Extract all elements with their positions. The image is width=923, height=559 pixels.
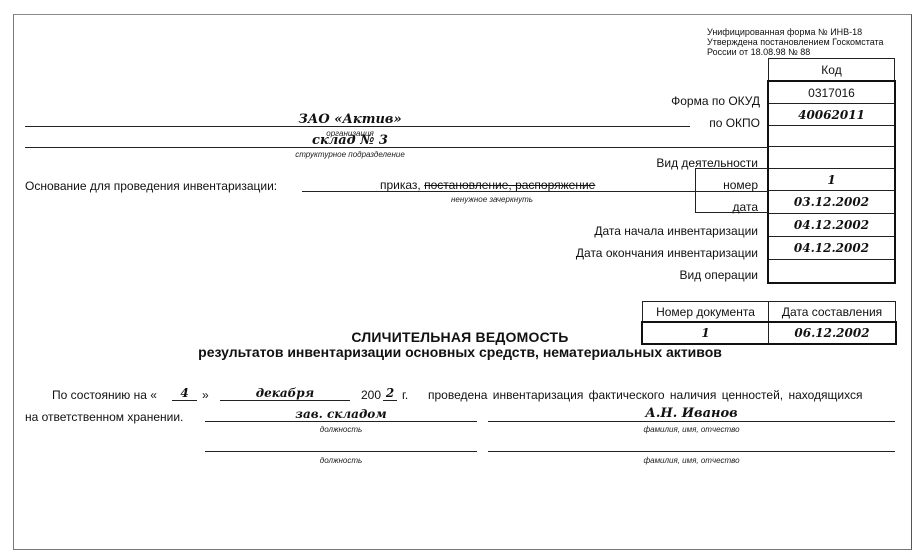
responsible-1-name-caption: фамилия, имя, отчество xyxy=(488,423,895,437)
operation-label: Вид операции xyxy=(679,268,758,282)
document-header-row: Номер документа Дата составления xyxy=(642,301,896,322)
approval-text: Утверждена постановлением Госкомстата xyxy=(707,37,884,47)
basis-value[interactable]: приказ, постановление, распоряжение xyxy=(380,178,595,192)
responsible-2-position-caption: должность xyxy=(205,454,477,468)
responsible-1-position[interactable]: зав. складом xyxy=(205,407,477,421)
year-suffix: г. xyxy=(402,388,408,402)
okud-code-value: 0317016 xyxy=(808,86,855,100)
order-date-label: дата xyxy=(733,200,758,214)
code-header-label: Код xyxy=(769,59,894,81)
statement-prefix: По состоянию на « xyxy=(52,388,157,402)
approval-date-text: России от 18.08.98 № 88 xyxy=(707,47,810,57)
end-date-cell[interactable]: 04.12.2002 xyxy=(769,237,894,260)
responsible-2-name-caption: фамилия, имя, отчество xyxy=(488,454,895,468)
end-date-value: 04.12.2002 xyxy=(794,241,869,255)
document-title: СЛИЧИТЕЛЬНАЯ ВЕДОМОСТЬ xyxy=(250,330,670,344)
statement-day[interactable]: 4 xyxy=(172,386,197,400)
organization-value[interactable]: ЗАО «Актив» xyxy=(250,113,450,127)
document-date-value[interactable]: 06.12.2002 xyxy=(769,323,895,343)
okud-code-cell[interactable]: 0317016 xyxy=(769,82,894,104)
start-date-label: Дата начала инвентаризации xyxy=(594,224,758,238)
document-number-header: Номер документа xyxy=(643,302,769,322)
month-line xyxy=(220,400,350,401)
order-number-cell[interactable]: 1 xyxy=(769,169,894,191)
activity-code-cell[interactable] xyxy=(769,147,894,169)
day-line xyxy=(172,400,197,401)
start-date-value: 04.12.2002 xyxy=(794,218,869,232)
order-number-value: 1 xyxy=(827,173,835,187)
code-table: 0317016 40062011 1 03.12.2002 04.12.2002… xyxy=(767,80,896,284)
order-number-label: номер xyxy=(723,178,758,192)
responsible-1-position-line xyxy=(205,421,477,422)
basis-line xyxy=(302,191,695,192)
basis-label: Основание для проведения инвентаризации: xyxy=(25,179,277,193)
document-subtitle: результатов инвентаризации основных сред… xyxy=(150,345,770,359)
okpo-code-value: 40062011 xyxy=(798,108,865,122)
form-number-text: Унифицированная форма № ИНВ-18 xyxy=(707,27,862,37)
okpo-code-cell[interactable]: 40062011 xyxy=(769,104,894,126)
responsible-1-name[interactable]: А.Н. Иванов xyxy=(488,407,895,421)
basis-caption: ненужное зачеркнуть xyxy=(451,193,533,207)
okud-label: Форма по ОКУД xyxy=(671,94,760,108)
responsible-2-position-line xyxy=(205,451,477,452)
statement-line2: на ответственном хранении. xyxy=(25,410,183,424)
order-date-value: 03.12.2002 xyxy=(794,195,869,209)
year-line xyxy=(383,400,397,401)
responsible-2-name-line xyxy=(488,451,895,452)
start-date-cell[interactable]: 04.12.2002 xyxy=(769,214,894,237)
document-date-header: Дата составления xyxy=(769,302,895,322)
order-date-cell[interactable]: 03.12.2002 xyxy=(769,191,894,214)
end-date-label: Дата окончания инвентаризации xyxy=(576,246,758,260)
basis-kept-text: приказ, xyxy=(380,178,424,192)
responsible-1-position-caption: должность xyxy=(205,423,477,437)
responsible-1-name-line xyxy=(488,421,895,422)
blank-code-cell[interactable] xyxy=(769,126,894,147)
basis-struck-text: постановление, распоряжение xyxy=(424,178,595,192)
subdivision-value[interactable]: склад № 3 xyxy=(250,134,450,148)
statement-quote-close: » xyxy=(202,388,209,402)
year-digit[interactable]: 2 xyxy=(383,386,397,400)
operation-code-cell[interactable] xyxy=(769,260,894,282)
document-value-row: 1 06.12.2002 xyxy=(641,321,897,345)
subdivision-caption: структурное подразделение xyxy=(250,148,450,162)
year-prefix: 200 xyxy=(361,388,381,402)
code-header-cell: Код xyxy=(768,58,895,81)
statement-month[interactable]: декабря xyxy=(220,386,350,400)
okpo-label: по ОКПО xyxy=(709,116,760,130)
statement-text: проведена инвентаризация фактического на… xyxy=(428,388,862,402)
